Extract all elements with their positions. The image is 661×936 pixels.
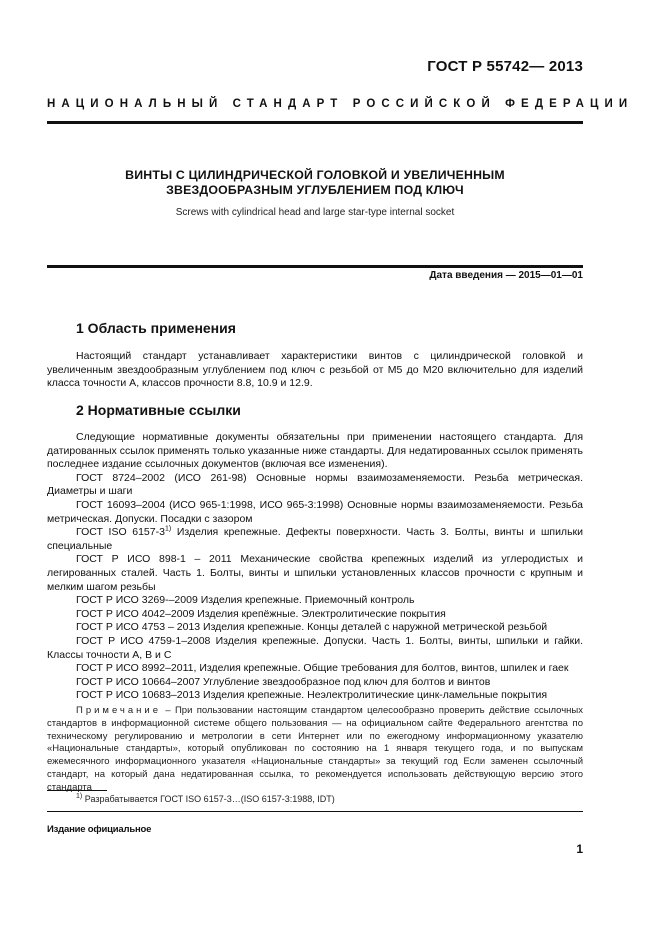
header-rule [47, 121, 583, 124]
title-line-2: ЗВЕЗДООБРАЗНЫМ УГЛУБЛЕНИЕМ ПОД КЛЮЧ [47, 183, 583, 198]
page-number: 1 [576, 842, 583, 856]
reference-item: ГОСТ Р ИСО 10664–2007 Углубление звездоо… [47, 676, 583, 690]
footnote-separator [47, 790, 107, 791]
reference-item: ГОСТ Р ИСО 4753 – 2013 Изделия крепежные… [47, 621, 583, 635]
note-block: Примечание – При пользовании настоящим с… [47, 705, 583, 795]
note-paragraph: Примечание – При пользовании настоящим с… [47, 705, 583, 795]
section-1-heading: 1 Область применения [76, 320, 236, 336]
reference-item: ГОСТ Р ИСО 10683–2013 Изделия крепежные.… [47, 689, 583, 703]
document-number: ГОСТ Р 55742— 2013 [427, 58, 583, 75]
reference-item: ГОСТ 8724–2002 (ИСО 261-98) Основные нор… [47, 472, 583, 499]
english-title: Screws with cylindrical head and large s… [47, 207, 583, 218]
section-2-intro: Следующие нормативные документы обязател… [47, 431, 583, 472]
note-text: – При пользовании настоящим стандартом ц… [47, 705, 583, 793]
reference-item: ГОСТ Р ИСО 3269-–2009 Изделия крепежные.… [47, 594, 583, 608]
reference-item: ГОСТ Р ИСО 4042–2009 Изделия крепёжные. … [47, 608, 583, 622]
national-standard-banner: НАЦИОНАЛЬНЫЙ СТАНДАРТ РОССИЙСКОЙ ФЕДЕРАЦ… [47, 98, 583, 110]
section-2-heading: 2 Нормативные ссылки [76, 402, 241, 418]
reference-item: ГОСТ Р ИСО 8992–2011, Изделия крепежные.… [47, 662, 583, 676]
reference-item: ГОСТ ISO 6157-31) Изделия крепежные. Деф… [47, 526, 583, 553]
document-page: ГОСТ Р 55742— 2013 НАЦИОНАЛЬНЫЙ СТАНДАРТ… [0, 0, 661, 936]
reference-item: ГОСТ 16093–2004 (ИСО 965-1:1998, ИСО 965… [47, 499, 583, 526]
title-rule [47, 265, 583, 268]
footnote: 1) Разрабатывается ГОСТ ISO 6157-3…(ISO … [76, 794, 335, 804]
edition-label: Издание официальное [47, 824, 151, 835]
section-2-body: Следующие нормативные документы обязател… [47, 431, 583, 703]
note-label: Примечание [76, 705, 161, 716]
footer-rule [47, 811, 583, 812]
section-1-text: Настоящий стандарт устанавливает характе… [47, 350, 583, 391]
reference-item: ГОСТ Р ИСО 898-1 – 2011 Механические сво… [47, 553, 583, 594]
reference-item: ГОСТ Р ИСО 4759-1–2008 Изделия крепежные… [47, 635, 583, 662]
section-1-body: Настоящий стандарт устанавливает характе… [47, 350, 583, 391]
footnote-text: Разрабатывается ГОСТ ISO 6157-3…(ISO 615… [82, 794, 335, 804]
title-line-1: ВИНТЫ С ЦИЛИНДРИЧЕСКОЙ ГОЛОВКОЙ И УВЕЛИЧ… [47, 168, 583, 183]
document-title: ВИНТЫ С ЦИЛИНДРИЧЕСКОЙ ГОЛОВКОЙ И УВЕЛИЧ… [47, 168, 583, 198]
introduction-date: Дата введения — 2015—01—01 [429, 270, 583, 281]
reference-code: ГОСТ ISO 6157-3 [76, 526, 165, 538]
